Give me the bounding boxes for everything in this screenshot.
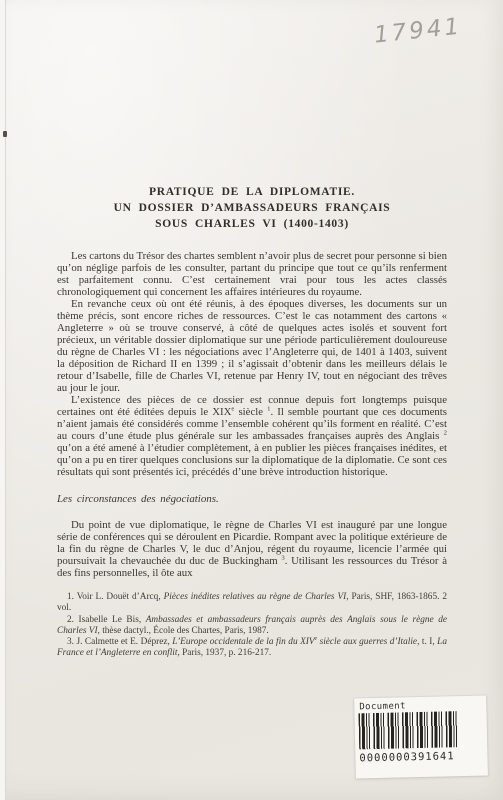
barcode: [358, 711, 459, 749]
text-segment: 3. J. Calmette et E. Déprez,: [67, 637, 172, 647]
footnotes: 1. Voir L. Douët d’Arcq, Pièces inédites…: [57, 592, 447, 660]
title-line-3: SOUS CHARLES VI (1400-1403): [57, 216, 447, 232]
body-paragraph-3: L’existence des pièces de ce dossier est…: [57, 394, 447, 478]
handwritten-shelf-number: 17941: [373, 13, 463, 48]
text-segment: 2. Isabelle Le Bis,: [67, 615, 146, 625]
barcode-label: Document: [359, 700, 486, 713]
text-segment: 2: [444, 429, 447, 436]
footnote-2: 2. Isabelle Le Bis, Ambassades et ambass…: [57, 615, 447, 638]
title-line-1: PRATIQUE DE LA DIPLOMATIE.: [57, 184, 447, 200]
text-segment: qu’on a été amené à l’étudier complèteme…: [57, 442, 447, 478]
text-segment: Les cartons du Trésor des chartes semble…: [57, 250, 447, 298]
text-segment: 1. Voir L. Douët d’Arcq,: [67, 592, 164, 602]
section-heading: Les circonstances des négociations.: [57, 493, 447, 505]
barcode-number: 0000000391641: [359, 749, 487, 764]
footnote-3: 3. J. Calmette et E. Déprez, L’Europe oc…: [57, 637, 447, 660]
text-segment: siècle aux guerres d’Italie: [317, 637, 417, 647]
ink-speck: [3, 131, 7, 137]
body-paragraph-2: En revanche ceux où ont été réunis, à de…: [57, 298, 447, 394]
text-segment: , t. I,: [417, 637, 437, 647]
text-segment: siècle: [234, 406, 267, 418]
title-line-2: UN DOSSIER D’AMBASSADEURS FRANÇAIS: [57, 200, 447, 216]
text-segment: L’Europe occidentale de la fin du XIV: [172, 637, 314, 647]
text-segment: , thèse dactyl., École des Chartes, Pari…: [98, 626, 269, 636]
body-paragraph-1: Les cartons du Trésor des chartes semble…: [57, 250, 447, 298]
text-segment: Pièces inédites relatives au règne de Ch…: [164, 592, 347, 602]
scanned-page: 17941 PRATIQUE DE LA DIPLOMATIE. UN DOSS…: [0, 0, 503, 800]
article: PRATIQUE DE LA DIPLOMATIE. UN DOSSIER D’…: [57, 184, 447, 660]
text-segment: , Paris, 1937, p. 216-217.: [177, 648, 271, 658]
footnote-1: 1. Voir L. Douët d’Arcq, Pièces inédites…: [57, 592, 447, 615]
section-paragraph-1: Du point de vue diplomatique, le règne d…: [57, 519, 447, 579]
article-title: PRATIQUE DE LA DIPLOMATIE. UN DOSSIER D’…: [57, 184, 447, 232]
page-left-edge: [0, 0, 6, 800]
barcode-sticker: Document 0000000391641: [354, 696, 488, 779]
text-segment: En revanche ceux où ont été réunis, à de…: [57, 298, 447, 394]
